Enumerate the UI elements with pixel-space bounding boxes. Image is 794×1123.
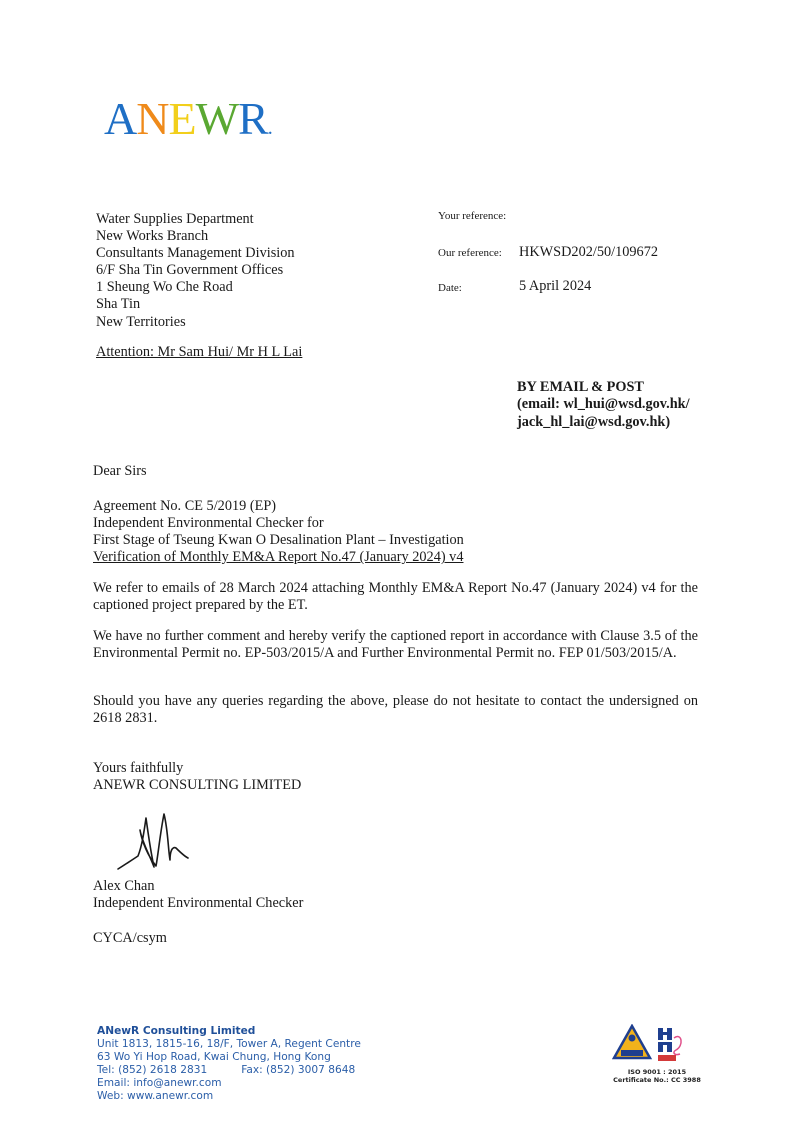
salutation: Dear Sirs xyxy=(93,463,147,480)
date-value: 5 April 2024 xyxy=(519,278,591,295)
logo-letter: E xyxy=(168,96,195,142)
logo-letter: A xyxy=(104,96,136,142)
footer-phone-fax: Tel: (852) 2618 2831Fax: (852) 3007 8648 xyxy=(97,1064,361,1077)
footer-fax: Fax: (852) 3007 8648 xyxy=(241,1064,355,1076)
subject-block: Agreement No. CE 5/2019 (EP) Independent… xyxy=(93,498,464,566)
paragraph-text: We refer to emails of 28 March 2024 atta… xyxy=(93,580,698,614)
paragraph-text: We have no further comment and hereby ve… xyxy=(93,628,698,662)
subject-line: Agreement No. CE 5/2019 (EP) xyxy=(93,498,464,515)
subject-line: Independent Environmental Checker for xyxy=(93,515,464,532)
reference-initials: CYCA/csym xyxy=(93,930,167,947)
certification-block: ISO 9001 : 2015 Certificate No.: CC 3988 xyxy=(612,1024,702,1084)
anewr-logo: ANEWR. xyxy=(104,96,272,142)
logo-letter: W xyxy=(196,96,238,142)
company-name: ANEWR CONSULTING LIMITED xyxy=(93,777,301,794)
logo-letter: R xyxy=(238,96,268,142)
body-paragraph: We have no further comment and hereby ve… xyxy=(93,628,698,662)
valediction: Yours faithfully xyxy=(93,760,183,777)
certificate-number: Certificate No.: CC 3988 xyxy=(612,1076,702,1084)
body-paragraph: We refer to emails of 28 March 2024 atta… xyxy=(93,580,698,614)
delivery-line: jack_hl_lai@wsd.gov.hk) xyxy=(517,414,690,431)
subject-line: First Stage of Tseung Kwan O Desalinatio… xyxy=(93,532,464,549)
subject-title: Verification of Monthly EM&A Report No.4… xyxy=(93,549,464,566)
signatory-title: Independent Environmental Checker xyxy=(93,895,303,912)
delivery-method: BY EMAIL & POST (email: wl_hui@wsd.gov.h… xyxy=(517,379,690,431)
address-line: 6/F Sha Tin Government Offices xyxy=(96,262,295,279)
our-reference-value: HKWSD202/50/109672 xyxy=(519,244,658,261)
address-line: New Territories xyxy=(96,314,295,331)
footer-web[interactable]: Web: www.anewr.com xyxy=(97,1090,361,1103)
your-reference-label: Your reference: xyxy=(438,210,506,222)
address-line: 1 Sheung Wo Che Road xyxy=(96,279,295,296)
footer-address: 63 Wo Yi Hop Road, Kwai Chung, Hong Kong xyxy=(97,1051,361,1064)
logo-dot: . xyxy=(268,118,272,138)
footer-email[interactable]: Email: info@anewr.com xyxy=(97,1077,361,1090)
address-line: New Works Branch xyxy=(96,228,295,245)
footer-address: Unit 1813, 1815-16, 18/F, Tower A, Regen… xyxy=(97,1038,361,1051)
delivery-line: (email: wl_hui@wsd.gov.hk/ xyxy=(517,396,690,413)
iso-standard: ISO 9001 : 2015 xyxy=(612,1068,702,1076)
recipient-address: Water Supplies Department New Works Bran… xyxy=(96,211,295,331)
delivery-line: BY EMAIL & POST xyxy=(517,379,690,396)
handwritten-signature xyxy=(112,812,202,874)
attention-line: Attention: Mr Sam Hui/ Mr H L Lai xyxy=(96,344,302,361)
footer-contact: ANewR Consulting Limited Unit 1813, 1815… xyxy=(97,1025,361,1103)
address-line: Sha Tin xyxy=(96,296,295,313)
footer-company: ANewR Consulting Limited xyxy=(97,1025,361,1038)
body-paragraph: Should you have any queries regarding th… xyxy=(93,693,698,727)
address-line: Consultants Management Division xyxy=(96,245,295,262)
paragraph-text: Should you have any queries regarding th… xyxy=(93,693,698,727)
logo-letter: N xyxy=(136,96,168,142)
address-line: Water Supplies Department xyxy=(96,211,295,228)
date-label: Date: xyxy=(438,282,462,294)
signatory-name: Alex Chan xyxy=(93,878,155,895)
our-reference-label: Our reference: xyxy=(438,247,502,259)
footer-tel: Tel: (852) 2618 2831 xyxy=(97,1064,207,1076)
hkqaa-hkas-logo-icon xyxy=(612,1024,702,1064)
